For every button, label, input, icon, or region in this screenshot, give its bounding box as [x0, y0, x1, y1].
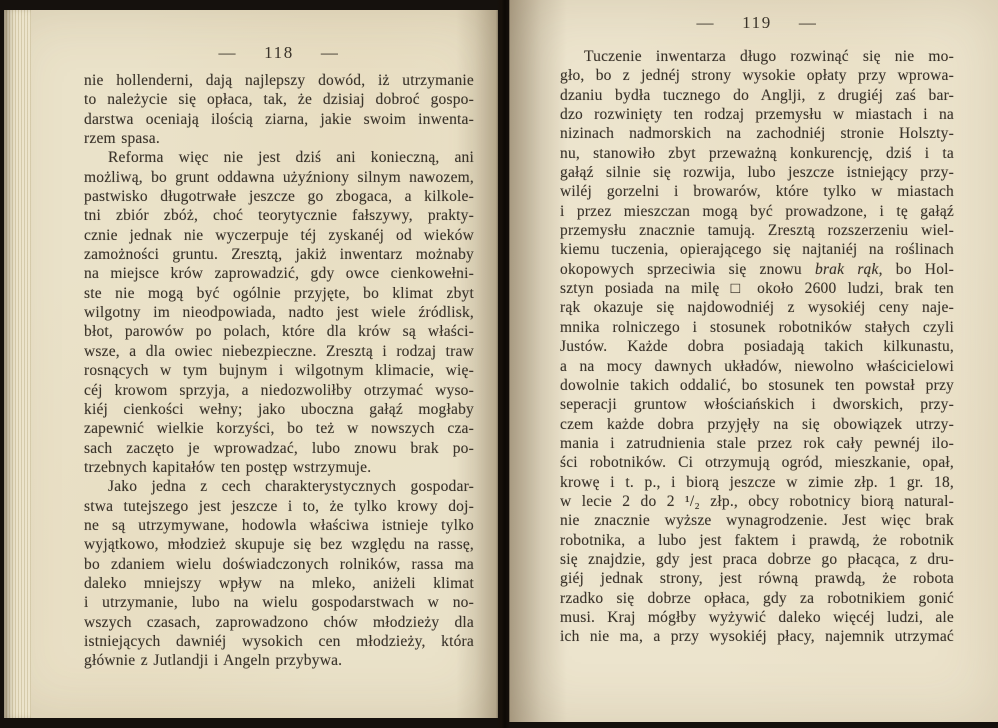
text-line: na miejsce krów zaprowadzić, gdy owce ci… [84, 264, 474, 283]
text-line: rąk okazuje się najdowodniéj z wysokiéj … [560, 298, 954, 317]
text-line: się znajdzie, gdy jest praca dobrze go p… [560, 550, 954, 569]
text-line: musi. Kraj mógłby wyżywić daleko więcéj … [560, 608, 954, 627]
text-line: wsze, a dla owiec niebezpieczne. Zresztą… [84, 342, 474, 361]
text-line: seperacji gruntow włościańskich i dworsk… [560, 395, 954, 414]
text-line: ich nie ma, a przy wysokiéj płacy, najem… [560, 627, 954, 646]
text-line: cznie jednak nie wyczerpuje téj zyskanéj… [84, 226, 474, 245]
header-dash: — [697, 13, 716, 33]
text-line: przemysłu znacznie tamują. Zresztą rozsz… [560, 221, 954, 240]
header-dash: — [321, 43, 340, 63]
text-line: zapewnić wielkie korzyści, bo też w nows… [84, 419, 474, 438]
text-line: gałąź silnie się rozwija, lubo jeszcze i… [560, 163, 954, 182]
left-page-text: nie hollenderni, dają najlepszy dowód, i… [84, 71, 474, 671]
text-line: sach zaczęto je wprowadzać, lubo znowu b… [84, 439, 474, 458]
text-line: błot, parowów po polach, które dla krów … [84, 322, 474, 341]
text-line: i przez mieszczan mogą być prowadzone, i… [560, 202, 954, 221]
text-line: a na mocy dawnych układów, niewolno właś… [560, 357, 954, 376]
text-line: kiemu tuczenia, opierającego się najtani… [560, 240, 954, 259]
text-line: dzo rozwinięty ten rodzaj przemysłu w mi… [560, 105, 954, 124]
header-dash: — [219, 43, 238, 63]
text-line: rzadko się dobrze opłaca, gdy za robotni… [560, 589, 954, 608]
text-line: dzaniu bydła tucznego do Anglji, z drugi… [560, 86, 954, 105]
right-page-text: Tuczenie inwentarza długo rozwinąć się n… [560, 47, 954, 647]
page-edge-stripes [4, 10, 31, 718]
page-number: 119 [742, 13, 772, 33]
text-line: bo zdaniem wielu doświadczonych rolników… [84, 555, 474, 574]
text-line: mania i zatrudnienia stale przez rok cał… [560, 434, 954, 453]
book-scan: — 118 — nie hollenderni, dają najlepszy … [0, 0, 998, 728]
text-line: darstwa oceniają ilością ziarna, jakie s… [84, 110, 474, 129]
text-line: pastwisko długotrwałe jeszcze go zbogaca… [84, 187, 474, 206]
right-page-header: — 119 — [560, 13, 954, 33]
text-line: ste nie mogą być ogólnie przyjęte, bo kl… [84, 284, 474, 303]
text-line: wilgotny im nieodpowiada, nadto jest wie… [84, 303, 474, 322]
text-line: Jako jedna z cech charakterystycznych go… [84, 477, 474, 496]
text-line: głównie z Jutlandji i Angeln przybywa. [84, 651, 474, 670]
text-line: wszych czasach, zaprowadzono chów młodzi… [84, 613, 474, 632]
gutter-shading [509, 0, 567, 722]
text-line: gło, bo z jednéj strony wysokie opłaty p… [560, 66, 954, 85]
text-line: trzebnych kapitałów ten postęp wstrzymuj… [84, 458, 474, 477]
text-line: możliwą, bo grunt oddawna użyźniony siln… [84, 168, 474, 187]
text-line: nie hollenderni, dają najlepszy dowód, i… [84, 71, 474, 90]
text-line: ne są utrzymywane, hodowla właściwa istn… [84, 516, 474, 535]
text-line: w lecie 2 do 2 ¹/₂ złp., obcy robotnicy … [560, 492, 954, 511]
text-line: sztyn posiada na milę □ około 2600 ludzi… [560, 279, 954, 298]
text-line: Tuczenie inwentarza długo rozwinąć się n… [560, 47, 954, 66]
left-page: — 118 — nie hollenderni, dają najlepszy … [4, 10, 498, 718]
text-line: istniejących dawniéj wysokich cen młodzi… [84, 632, 474, 651]
text-line: nizinach nadmorskich na zachodniéj stron… [560, 124, 954, 143]
text-line: wiléj gorzelni i browarów, które tylko w… [560, 182, 954, 201]
page-number: 118 [264, 43, 294, 63]
book-gutter-shadow [496, 0, 510, 728]
text-line: giéj jednak strony, jest równą prawdą, ż… [560, 569, 954, 588]
text-line: stwa tutejszego jest jeszcze i to, że ty… [84, 497, 474, 516]
text-line: nu, stanowiło zbyt przeważną konkurencję… [560, 144, 954, 163]
text-line: tni zbiór zbóż, choć teorytycznie fałszy… [84, 206, 474, 225]
text-line: wyjątkowo, młodzież skupuje się bez wzgl… [84, 535, 474, 554]
text-line: to należycie się opłaca, tak, że dzisiaj… [84, 90, 474, 109]
text-line: i utrzymanie, lubo na wielu gospodarstwa… [84, 593, 474, 612]
header-dash: — [799, 13, 818, 33]
text-line: robotnika, a lubo jest faktem i prawdą, … [560, 531, 954, 550]
text-line: Justów. Każde dobra posiadają takich kil… [560, 337, 954, 356]
text-line: céj krowom sprzyja, a niedozwoliłby otrz… [84, 381, 474, 400]
text-line: Reforma więc nie jest dziś ani konieczną… [84, 148, 474, 167]
text-line: krowę i t. p., i biorą jeszcze w zimie z… [560, 473, 954, 492]
text-line: rzem spasa. [84, 129, 474, 148]
text-line: daleko mniejszy wpływ na mleko, aniżeli … [84, 574, 474, 593]
text-line: kiéj cienkości wełny; jako uboczna gałąź… [84, 400, 474, 419]
text-line: dowolnie takich oddalić, bo stosunek ten… [560, 376, 954, 395]
text-line: okopowych sprzeciwia się znowu brak rąk,… [560, 260, 954, 279]
text-line: ści robotników. Ci otrzymują ogród, mies… [560, 453, 954, 472]
text-line: czem każde dobra przyjęły na się obowiąz… [560, 415, 954, 434]
right-page: — 119 — Tuczenie inwentarza długo rozwin… [509, 0, 998, 722]
text-line: nie znacznie wyższe wynagrodzenie. Jest … [560, 511, 954, 530]
text-line: zamożności gruntu. Zresztą, jakiż inwent… [84, 245, 474, 264]
text-line: mnika rolniczego i stosunek robotników s… [560, 318, 954, 337]
left-page-header: — 118 — [84, 43, 474, 63]
text-line: rosnących w tym bujnym i wilgotnym klima… [84, 361, 474, 380]
